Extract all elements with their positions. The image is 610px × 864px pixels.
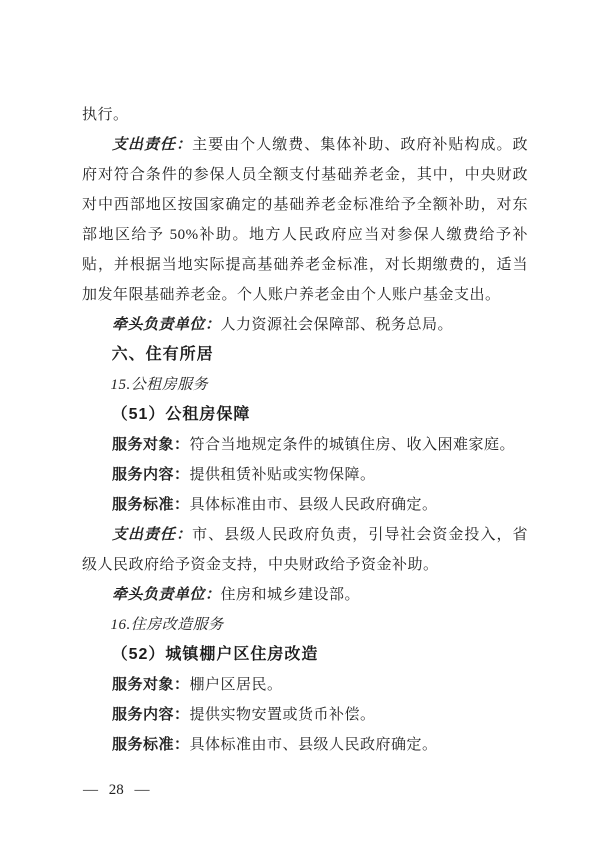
paragraph-text: 具体标准由市、县级人民政府确定。 [190,737,438,753]
document-page: 执行。 支出责任：主要由个人缴费、集体补助、政府补贴构成。政府对符合条件的参保人… [0,0,610,864]
paragraph-text: 执行。 [82,107,129,123]
paragraph-text: 棚户区居民。 [190,677,283,693]
item-heading: （51）公租房保障 [82,400,528,430]
paragraph: 服务内容：提供实物安置或货币补偿。 [82,700,528,730]
paragraph-label: 服务内容： [112,707,190,723]
paragraph: 服务对象：符合当地规定条件的城镇住房、收入困难家庭。 [82,430,528,460]
paragraph-text: 人力资源社会保障部、税务总局。 [221,317,454,333]
paragraph-label: 服务标准： [112,737,190,753]
paragraph: 服务对象：棚户区居民。 [82,670,528,700]
paragraph: 服务标准：具体标准由市、县级人民政府确定。 [82,490,528,520]
paragraph: 支出责任：市、县级人民政府负责，引导社会资金投入，省级人民政府给予资金支持，中央… [82,520,528,580]
paragraph-label: 支出责任： [112,137,192,153]
paragraph: 服务内容：提供租赁补贴或实物保障。 [82,460,528,490]
paragraph-continuation: 执行。 [82,100,528,130]
document-body: 执行。 支出责任：主要由个人缴费、集体补助、政府补贴构成。政府对符合条件的参保人… [82,100,528,760]
paragraph-label: 支出责任： [112,527,192,543]
page-number: — 28 — [83,778,150,802]
paragraph-label: 牵头负责单位： [112,587,221,603]
paragraph-text: 住房和城乡建设部。 [221,587,361,603]
paragraph: 服务标准：具体标准由市、县级人民政府确定。 [82,730,528,760]
paragraph-text: 提供租赁补贴或实物保障。 [190,467,376,483]
paragraph-label: 服务对象： [112,677,190,693]
paragraph-label: 服务内容： [112,467,190,483]
paragraph-text: 具体标准由市、县级人民政府确定。 [190,497,438,513]
paragraph-text: 提供实物安置或货币补偿。 [190,707,376,723]
paragraph-label: 服务标准： [112,497,190,513]
paragraph: 支出责任：主要由个人缴费、集体补助、政府补贴构成。政府对符合条件的参保人员全额支… [82,130,528,310]
paragraph-text: 主要由个人缴费、集体补助、政府补贴构成。政府对符合条件的参保人员全额支付基础养老… [82,137,528,303]
paragraph-text: 符合当地规定条件的城镇住房、收入困难家庭。 [190,437,516,453]
paragraph-label: 服务对象： [112,437,190,453]
section-heading: 六、住有所居 [82,340,528,370]
item-heading: （52）城镇棚户区住房改造 [82,640,528,670]
paragraph: 牵头负责单位：人力资源社会保障部、税务总局。 [82,310,528,340]
subsection-heading: 15.公租房服务 [82,370,528,400]
subsection-heading: 16.住房改造服务 [82,610,528,640]
paragraph: 牵头负责单位：住房和城乡建设部。 [82,580,528,610]
paragraph-label: 牵头负责单位： [112,317,221,333]
